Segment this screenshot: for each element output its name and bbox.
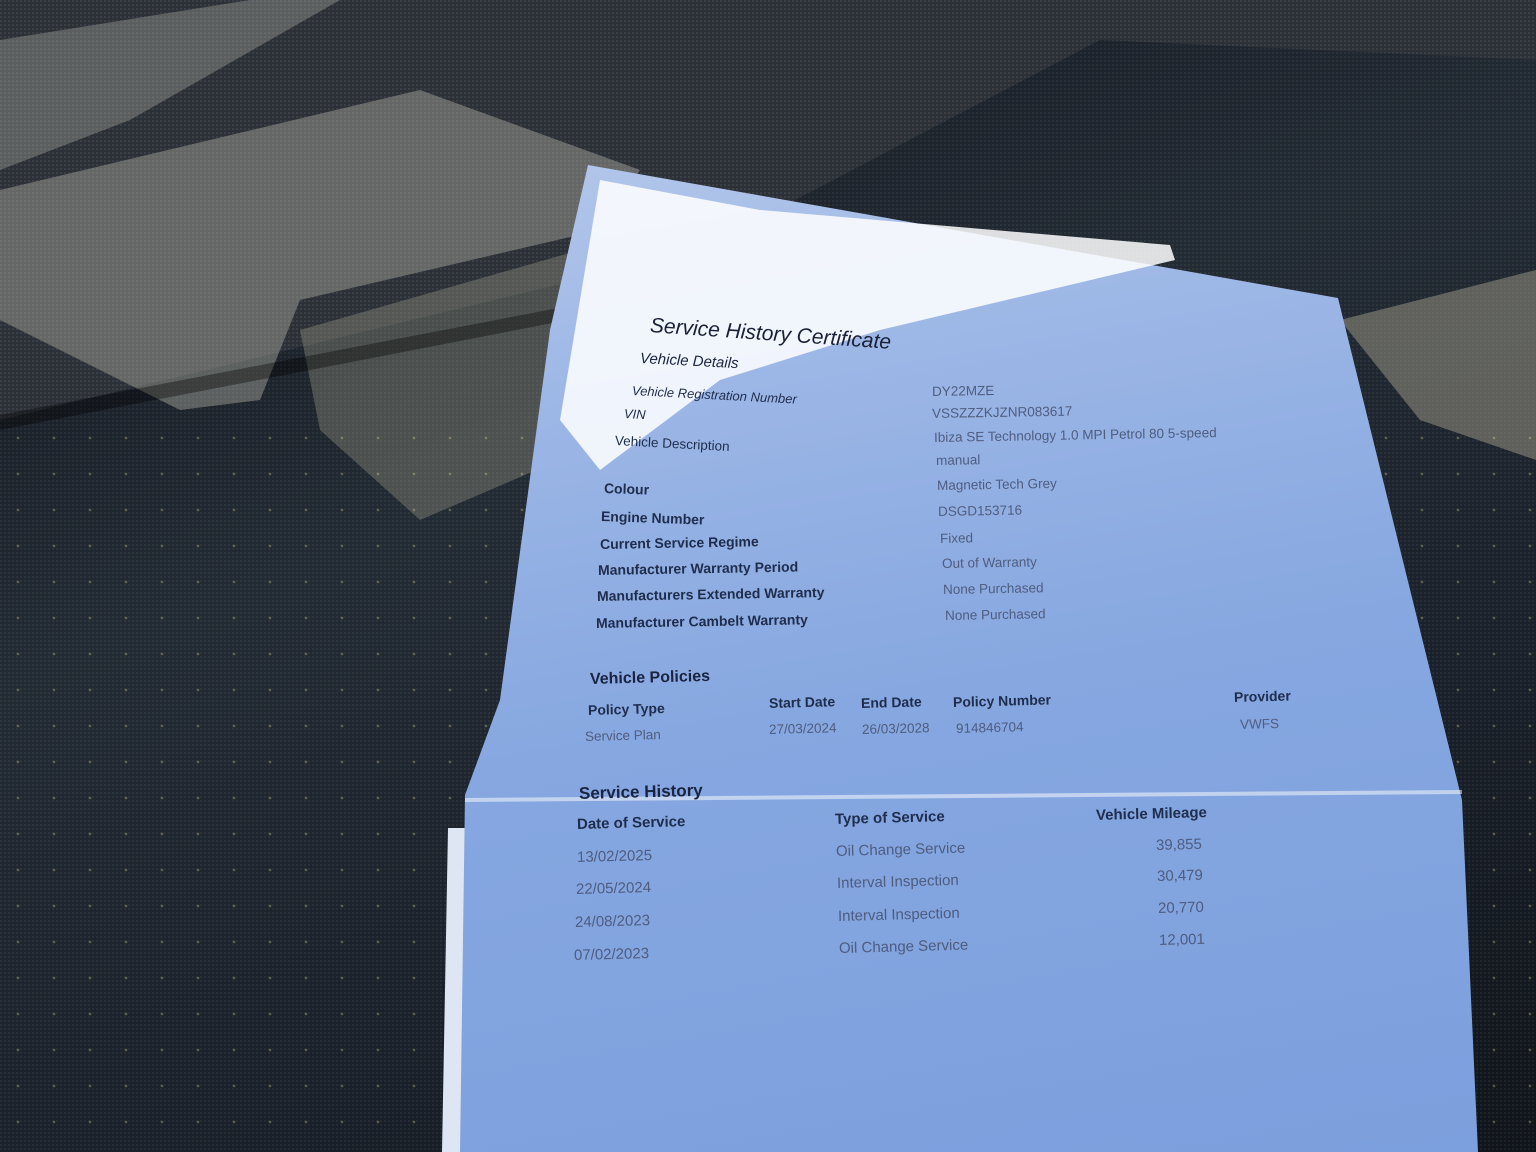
field-value-vin: VSSZZZKJZNR083617 (932, 404, 1073, 421)
policy-provider-value: VWFS (1240, 716, 1279, 732)
history-type: Oil Change Service (839, 937, 969, 957)
field-label-service-regime: Current Service Regime (600, 533, 759, 552)
history-type: Oil Change Service (836, 840, 966, 860)
history-date: 13/02/2025 (577, 847, 652, 866)
policy-end-date-value: 26/03/2028 (862, 720, 930, 737)
policy-col-start-date: Start Date (769, 693, 836, 711)
policy-col-number: Policy Number (953, 691, 1051, 710)
certificate-content: Service History Certificate Vehicle Deta… (0, 0, 1536, 1152)
field-value-registration: DY22MZE (932, 383, 995, 399)
vehicle-policies-heading: Vehicle Policies (590, 668, 711, 689)
field-label-description: Vehicle Description (615, 433, 730, 454)
field-value-extended-warranty: None Purchased (943, 580, 1044, 597)
policy-col-provider: Provider (1234, 688, 1291, 705)
history-date: 22/05/2024 (576, 879, 651, 898)
history-mileage: 30,479 (1157, 867, 1203, 885)
history-type: Interval Inspection (838, 905, 960, 925)
policy-col-end-date: End Date (861, 693, 922, 711)
field-label-registration: Vehicle Registration Number (632, 383, 798, 407)
history-type: Interval Inspection (837, 872, 959, 892)
field-label-extended-warranty: Manufacturers Extended Warranty (597, 584, 825, 604)
field-label-engine-number: Engine Number (601, 508, 705, 528)
field-value-description: Ibiza SE Technology 1.0 MPI Petrol 80 5-… (934, 425, 1217, 445)
field-value-engine-number: DSGD153716 (938, 503, 1022, 519)
field-label-warranty-period: Manufacturer Warranty Period (598, 559, 798, 578)
service-history-heading: Service History (579, 781, 703, 804)
history-mileage: 39,855 (1156, 836, 1202, 854)
history-col-type: Type of Service (835, 808, 945, 828)
policy-number-value: 914846704 (956, 719, 1024, 736)
vehicle-details-heading: Vehicle Details (640, 350, 739, 372)
policy-type-value: Service Plan (585, 727, 661, 744)
document-title: Service History Certificate (649, 314, 892, 355)
field-value-description-line2: manual (936, 452, 981, 468)
field-label-cambelt-warranty: Manufacturer Cambelt Warranty (596, 611, 808, 631)
field-value-service-regime: Fixed (940, 530, 973, 546)
history-date: 07/02/2023 (574, 945, 649, 964)
field-value-colour: Magnetic Tech Grey (937, 476, 1057, 493)
history-mileage: 20,770 (1158, 899, 1204, 917)
history-col-date: Date of Service (577, 813, 686, 833)
history-col-mileage: Vehicle Mileage (1096, 804, 1207, 824)
field-label-vin: VIN (624, 406, 646, 422)
history-mileage: 12,001 (1159, 931, 1205, 949)
field-value-cambelt-warranty: None Purchased (945, 606, 1046, 623)
policy-col-type: Policy Type (588, 700, 665, 718)
field-label-colour: Colour (604, 480, 650, 498)
policy-start-date-value: 27/03/2024 (769, 720, 837, 737)
field-value-warranty-period: Out of Warranty (942, 554, 1037, 571)
history-date: 24/08/2023 (575, 912, 650, 931)
